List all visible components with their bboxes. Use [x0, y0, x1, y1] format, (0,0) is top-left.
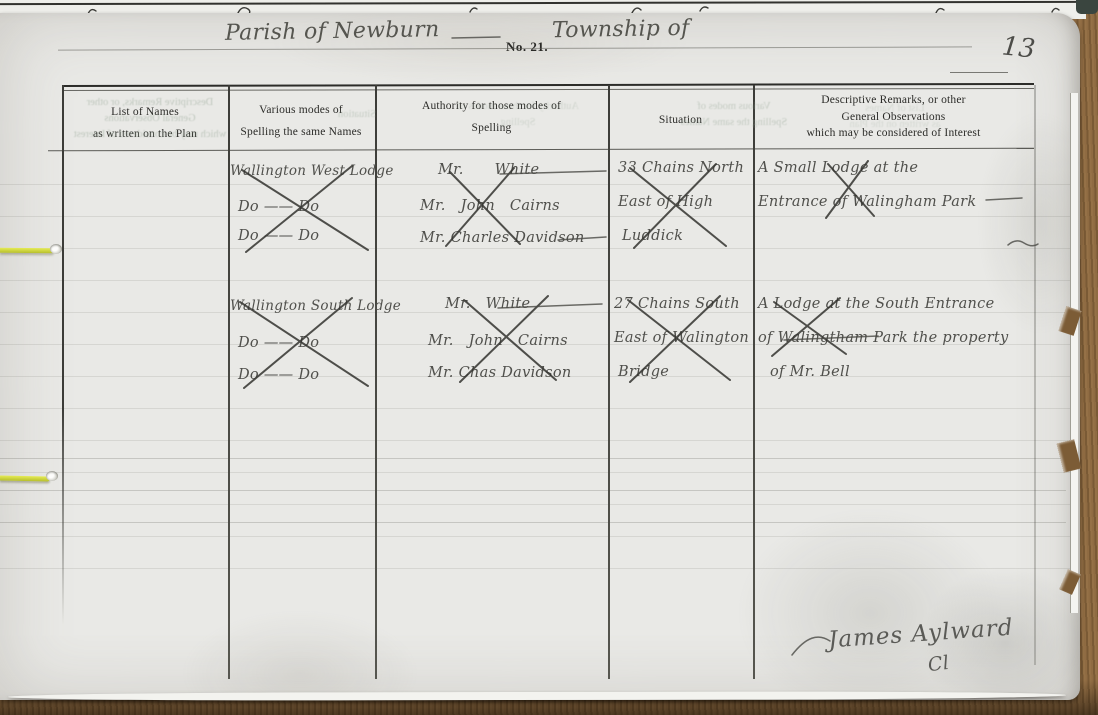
entry-situation: Luddick [622, 228, 683, 244]
binding-hole [50, 244, 62, 254]
column-header-line: Various modes of [231, 99, 371, 121]
binding-hole [46, 471, 58, 481]
clerk-signature: James Aylward [827, 615, 1014, 654]
entry-remarks: of Mr. Bell [770, 364, 850, 380]
entry-spelling: Do —— Do [238, 228, 319, 244]
column-header-situation: Situation [611, 109, 750, 131]
entry-spelling: Do —— Do [238, 367, 319, 383]
column-header-line: as written on the Plan [66, 123, 224, 145]
scanned-register-photo: Parish of Newburn No. 21. Township of 13… [0, 0, 1098, 715]
entry-authority: Mr. John Cairns [420, 198, 560, 214]
column-header-line: List of Names [66, 101, 224, 123]
column-header-line: Situation [611, 109, 750, 131]
entry-authority: Mr. Chas Davidson [428, 365, 572, 381]
township-heading-handwritten: Township of [552, 16, 690, 43]
entry-remarks: Entrance of Walingham Park [758, 194, 976, 210]
faint-ruled-lines [0, 153, 1072, 573]
entry-authority: Mr. Charles Davidson [420, 230, 585, 246]
table-top-border-thin [62, 87, 1034, 90]
column-header-line: Spelling [378, 117, 605, 139]
binding-string [0, 475, 50, 481]
corner-dark-patch [1076, 0, 1098, 14]
short-line-under-page-number [950, 72, 1008, 73]
column-header-line: Spelling the same Names [231, 121, 371, 143]
entry-situation: 27 Chains South [614, 296, 740, 312]
entry-situation: Bridge [618, 364, 669, 380]
column-divider-3 [608, 85, 610, 679]
table-left-border [62, 85, 64, 625]
entry-spelling: Wallington West Lodge [230, 163, 394, 179]
column-header-remarks: Descriptive Remarks, or other General Ob… [756, 92, 1031, 142]
column-header-line: Descriptive Remarks, or other [756, 92, 1031, 109]
table-header-bottom-border [48, 148, 1034, 152]
entry-spelling: Do —— Do [238, 199, 319, 215]
entry-authority: Mr. White [438, 162, 539, 178]
entry-remarks: of Walingtham Park the property [758, 330, 1009, 346]
column-header-authority: Authority for those modes of Spelling [378, 95, 605, 139]
binding-string [0, 248, 54, 254]
entry-situation: East of Walington [614, 330, 749, 346]
signature-flourish [792, 637, 830, 655]
entry-remarks: A Lodge at the South Entrance [758, 296, 994, 312]
column-header-line: Authority for those modes of [378, 95, 605, 117]
column-header-spelling-modes: Various modes of Spelling the same Names [231, 99, 371, 143]
table-right-border [1034, 85, 1036, 665]
entry-situation: East of High [618, 194, 713, 210]
entry-authority: Mr. John Cairns [428, 333, 568, 349]
bleed-rule-line [0, 458, 1066, 459]
page-number-handwritten: 13 [1001, 31, 1037, 64]
register-page: Parish of Newburn No. 21. Township of 13… [0, 13, 1080, 700]
column-divider-4 [753, 85, 755, 679]
torn-edge-notch [1058, 306, 1081, 336]
entry-spelling: Do —— Do [238, 335, 319, 351]
entry-authority: Mr. White [445, 296, 530, 312]
column-header-line: General Observations [756, 109, 1031, 126]
strike-line [986, 198, 1022, 200]
table-top-border-thick [62, 83, 1034, 87]
bleed-rule-line [0, 522, 1066, 523]
entry-situation: 33 Chains North [618, 160, 744, 176]
clerk-signature-title: Cl [927, 652, 951, 676]
under-page-edge [1070, 93, 1078, 613]
parish-heading-handwritten: Parish of Newburn [225, 17, 440, 46]
strike-line [452, 37, 500, 38]
entry-spelling: Wallington South Lodge [230, 298, 401, 314]
entry-remarks: A Small Lodge at the [758, 160, 918, 176]
column-header-names: List of Names as written on the Plan [66, 101, 224, 145]
column-header-line: which may be considered of Interest [756, 125, 1031, 142]
bleed-rule-line [0, 490, 1066, 491]
